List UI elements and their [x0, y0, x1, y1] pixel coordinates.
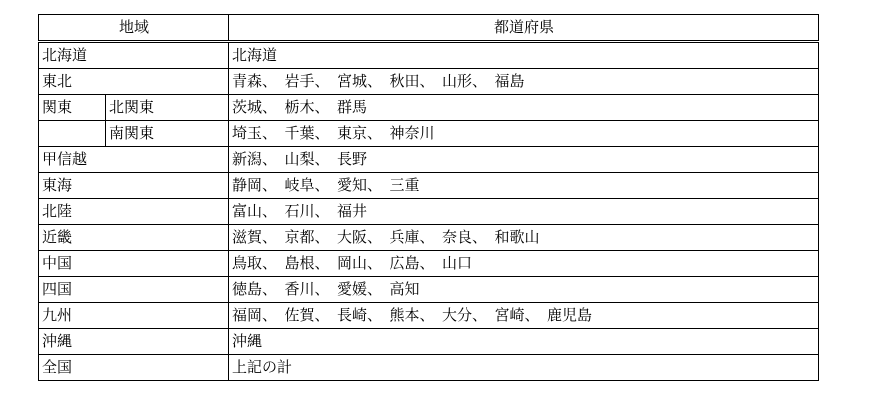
region-cell: 沖縄 [39, 329, 229, 355]
region-cell [39, 121, 106, 147]
prefectures-cell: 福岡、 佐賀、 長崎、 熊本、 大分、 宮崎、 鹿児島 [229, 303, 819, 329]
region-cell: 全国 [39, 355, 229, 381]
table-row-chugoku: 中国 鳥取、 島根、 岡山、 広島、 山口 [39, 251, 819, 277]
region-cell: 甲信越 [39, 147, 229, 173]
table-row-tohoku: 東北 青森、 岩手、 宮城、 秋田、 山形、 福島 [39, 69, 819, 95]
table-row-tokai: 東海 静岡、 岐阜、 愛知、 三重 [39, 173, 819, 199]
region-cell: 四国 [39, 277, 229, 303]
prefectures-cell: 徳島、 香川、 愛媛、 高知 [229, 277, 819, 303]
prefectures-cell: 茨城、 栃木、 群馬 [229, 95, 819, 121]
table-row-okinawa: 沖縄 沖縄 [39, 329, 819, 355]
region-cell: 北海道 [39, 42, 229, 69]
region-cell: 近畿 [39, 225, 229, 251]
prefectures-cell: 新潟、 山梨、 長野 [229, 147, 819, 173]
table-row-shikoku: 四国 徳島、 香川、 愛媛、 高知 [39, 277, 819, 303]
page: 地域 都道府県 北海道 北海道 東北 青森、 岩手、 宮城、 秋田、 山形、 福… [0, 0, 869, 404]
prefectures-cell: 北海道 [229, 42, 819, 69]
prefectures-cell: 埼玉、 千葉、 東京、 神奈川 [229, 121, 819, 147]
table-row-hokuriku: 北陸 富山、 石川、 福井 [39, 199, 819, 225]
prefectures-cell: 上記の計 [229, 355, 819, 381]
table-row-zenkoku: 全国 上記の計 [39, 355, 819, 381]
table-row-koshinetsu: 甲信越 新潟、 山梨、 長野 [39, 147, 819, 173]
subregion-cell: 南関東 [106, 121, 229, 147]
header-prefectures: 都道府県 [229, 15, 819, 42]
table-row-kyushu: 九州 福岡、 佐賀、 長崎、 熊本、 大分、 宮崎、 鹿児島 [39, 303, 819, 329]
region-cell: 中国 [39, 251, 229, 277]
region-cell: 九州 [39, 303, 229, 329]
table-row-hokkaido: 北海道 北海道 [39, 42, 819, 69]
region-prefecture-table: 地域 都道府県 北海道 北海道 東北 青森、 岩手、 宮城、 秋田、 山形、 福… [38, 14, 819, 381]
prefectures-cell: 富山、 石川、 福井 [229, 199, 819, 225]
region-cell: 東北 [39, 69, 229, 95]
table-row-kanto-south: 南関東 埼玉、 千葉、 東京、 神奈川 [39, 121, 819, 147]
prefectures-cell: 静岡、 岐阜、 愛知、 三重 [229, 173, 819, 199]
table-row-kinki: 近畿 滋賀、 京都、 大阪、 兵庫、 奈良、 和歌山 [39, 225, 819, 251]
header-row: 地域 都道府県 [39, 15, 819, 42]
region-cell: 北陸 [39, 199, 229, 225]
prefectures-cell: 沖縄 [229, 329, 819, 355]
prefectures-cell: 鳥取、 島根、 岡山、 広島、 山口 [229, 251, 819, 277]
prefectures-cell: 青森、 岩手、 宮城、 秋田、 山形、 福島 [229, 69, 819, 95]
subregion-cell: 北関東 [106, 95, 229, 121]
header-region: 地域 [39, 15, 229, 42]
prefectures-cell: 滋賀、 京都、 大阪、 兵庫、 奈良、 和歌山 [229, 225, 819, 251]
table-row-kanto-north: 関東 北関東 茨城、 栃木、 群馬 [39, 95, 819, 121]
region-cell: 東海 [39, 173, 229, 199]
region-cell: 関東 [39, 95, 106, 121]
